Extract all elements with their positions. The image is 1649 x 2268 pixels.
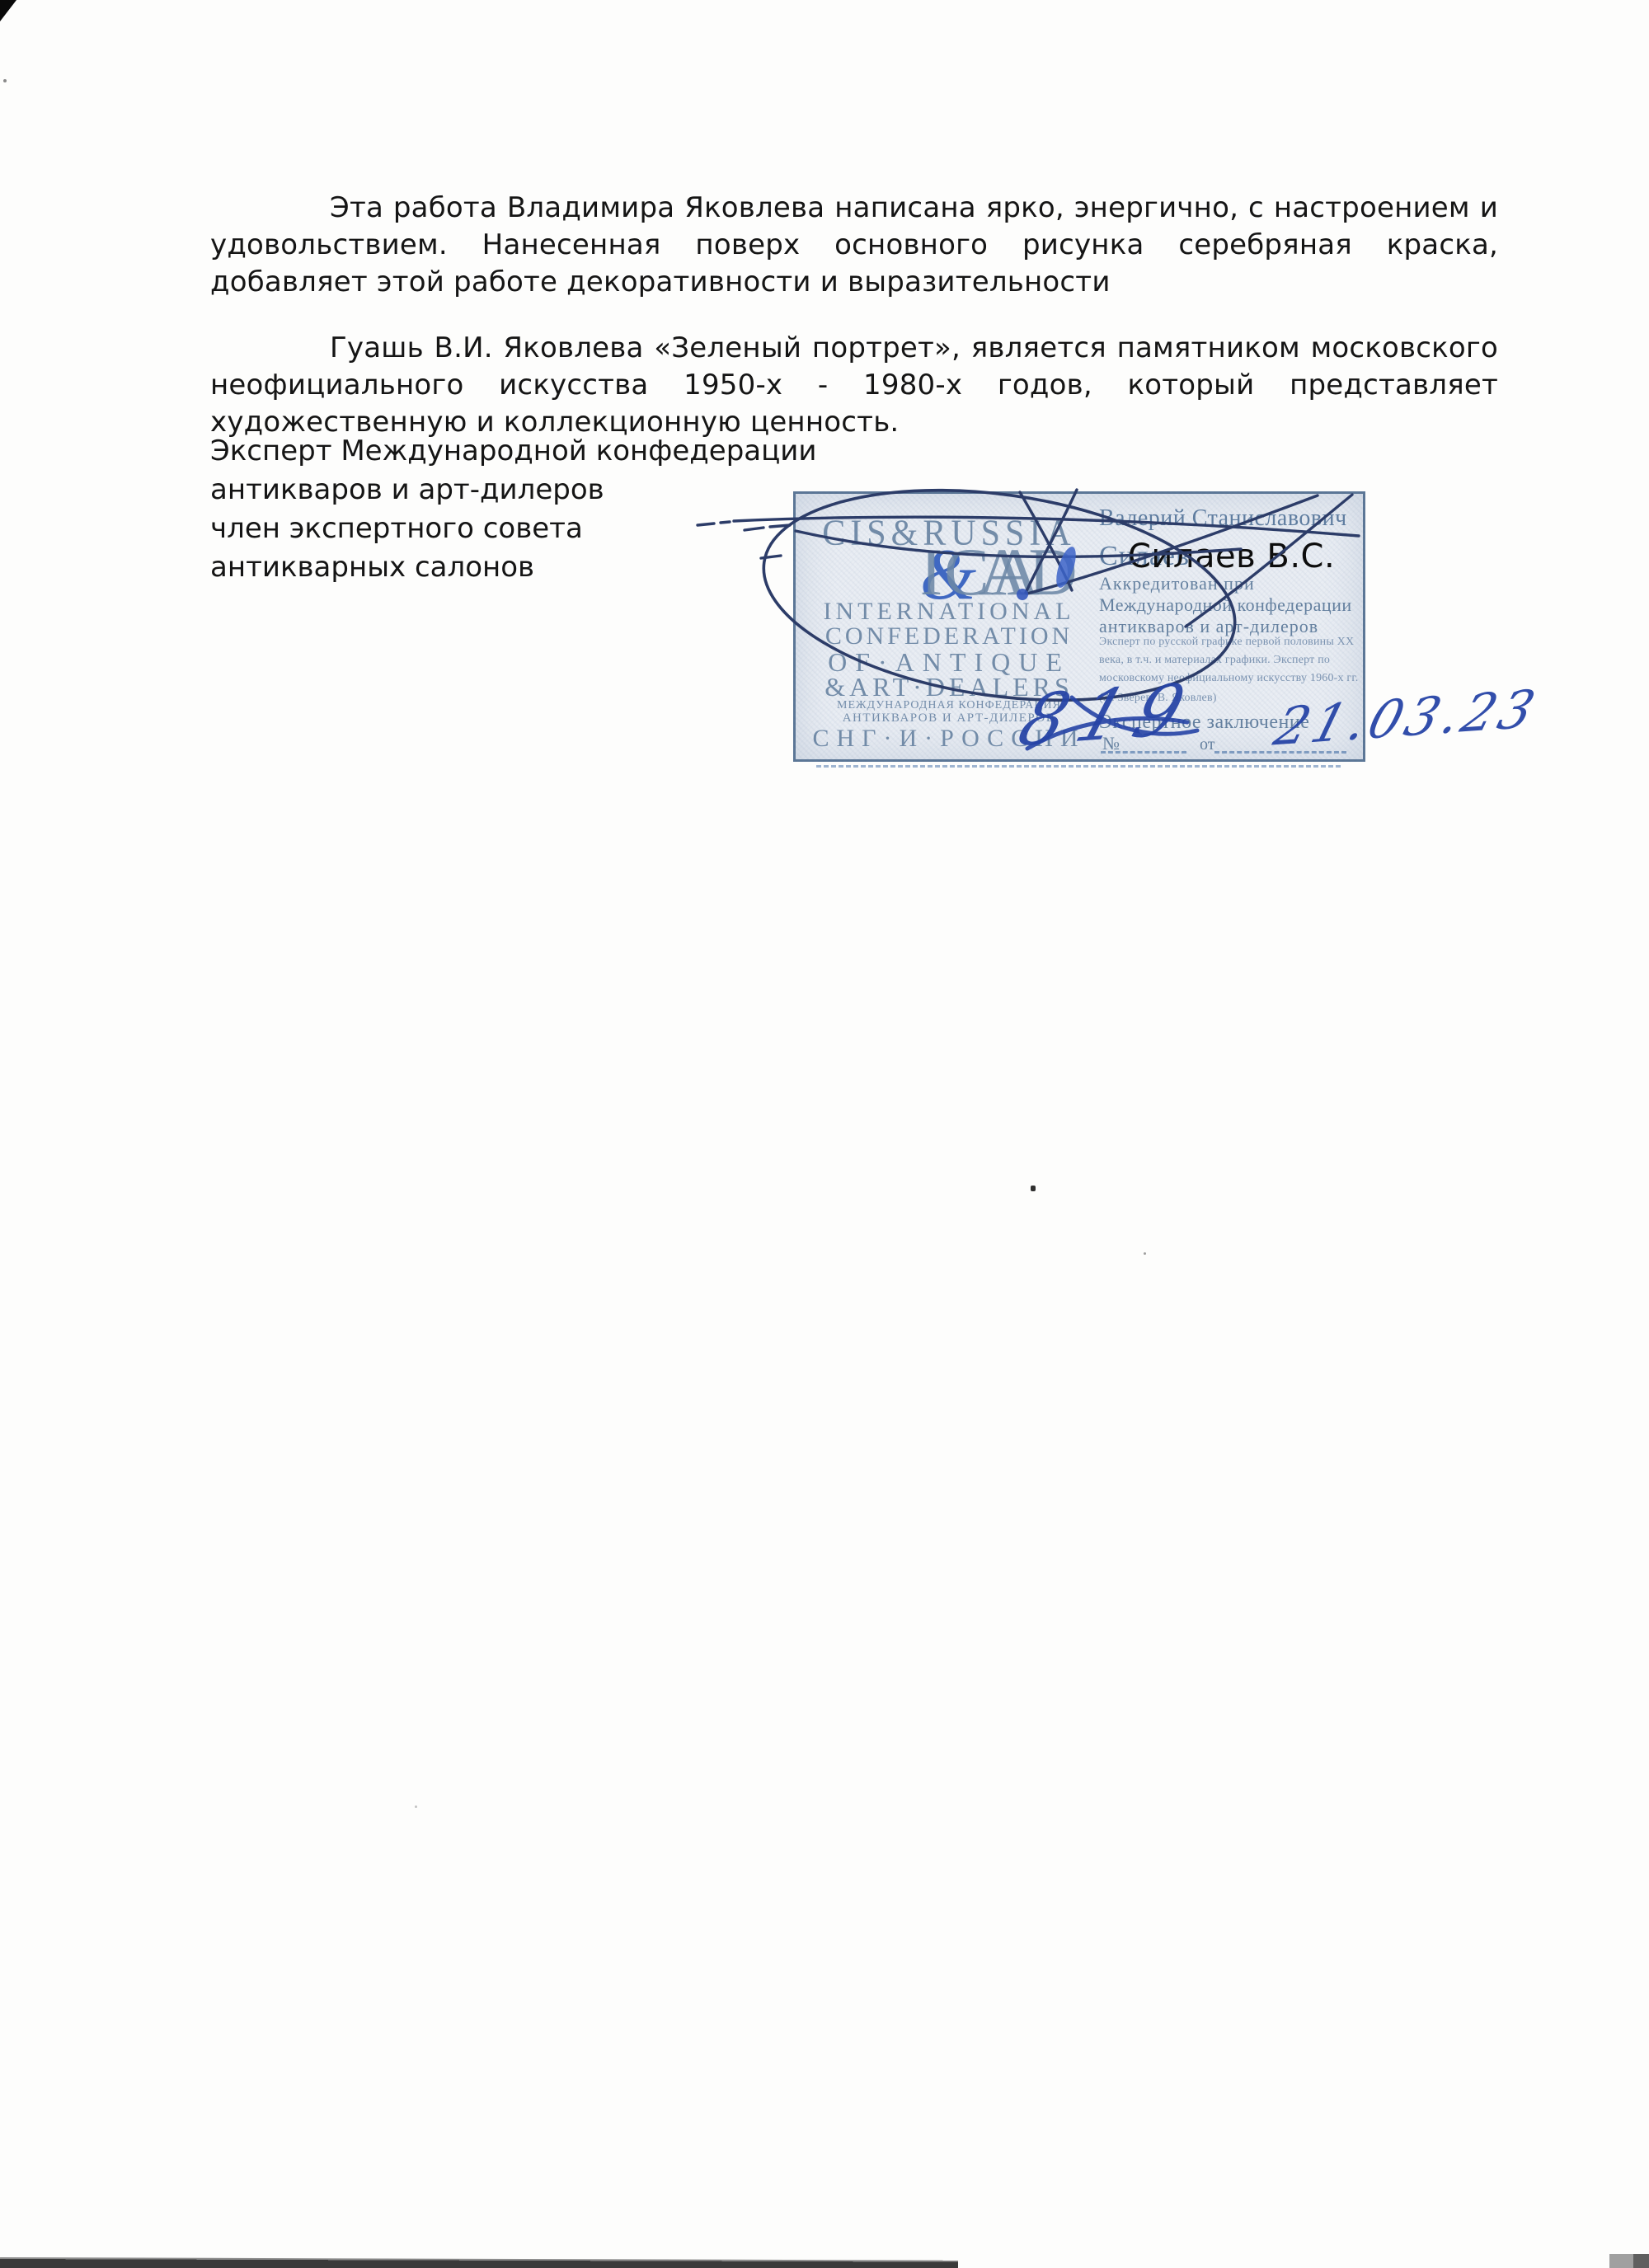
stamp-accredited-line-3: антикваров и арт-дилеров <box>1099 616 1318 637</box>
scan-corner-artifact <box>0 0 16 21</box>
scanned-document-page: Эта работа Владимира Яковлева написана я… <box>0 0 1649 2268</box>
stamp-accredited-line-2: Международной конфедерации <box>1099 594 1352 616</box>
expert-title-line-3: член экспертного совета <box>210 509 816 548</box>
stamp-bottom-dashed-line <box>816 765 1341 768</box>
scan-speck <box>415 1805 417 1808</box>
stamp-specialty-line-1: Эксперт по русской графике первой полови… <box>1099 636 1354 649</box>
scan-bottom-edge-right <box>1609 2254 1649 2268</box>
stamp-specialty-line-2: века, в т.ч. и материалах графики. Экспе… <box>1099 654 1330 667</box>
stamp-expert-firstname: Валерий Станиславович <box>1099 505 1347 532</box>
expert-name-printed: Силаев В.С. <box>1128 538 1335 575</box>
expert-title-line-4: антикварных салонов <box>210 548 816 587</box>
scan-speck <box>1144 1252 1146 1255</box>
scan-dot-artifact <box>3 79 7 82</box>
expert-title-block: Эксперт Международной конфедерации антик… <box>210 432 816 587</box>
handwritten-number: 819 <box>1009 667 1207 762</box>
stamp-confederation: CONFEDERATION <box>806 622 1092 650</box>
paragraph-2: Гуашь В.И. Яковлева «Зеленый портрет», я… <box>210 330 1498 441</box>
expert-title-line-1: Эксперт Международной конфедерации <box>210 432 816 471</box>
stamp-from-label: от <box>1200 735 1214 754</box>
paragraph-1: Эта работа Владимира Яковлева написана я… <box>210 190 1498 301</box>
scan-bottom-edge <box>0 2257 958 2268</box>
stamp-international: INTERNATIONAL <box>806 598 1092 626</box>
expert-title-line-2: антикваров и арт-дилеров <box>210 471 816 509</box>
stamp-accredited-line-1: Аккредитован при <box>1099 573 1255 594</box>
scan-speck <box>1031 1186 1036 1191</box>
